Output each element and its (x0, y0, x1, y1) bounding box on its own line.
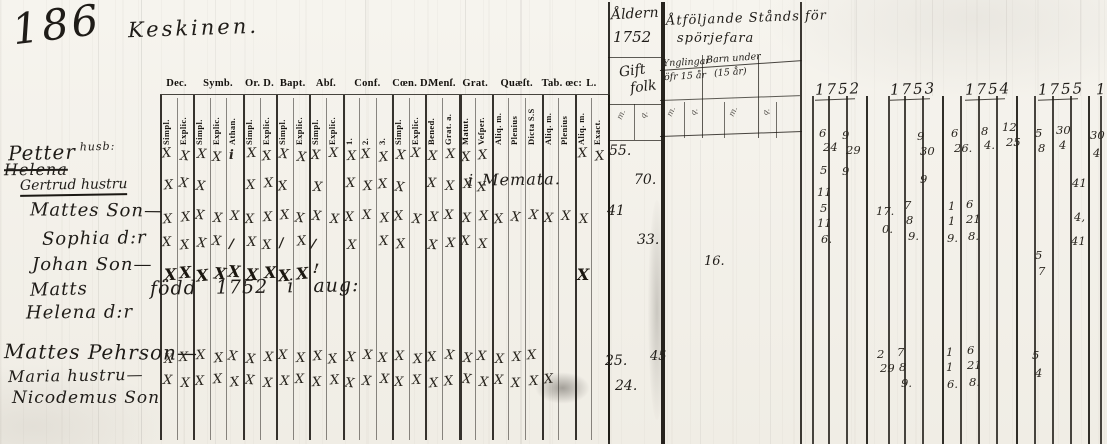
communion-mark: i (229, 148, 234, 163)
communion-mark: X (411, 146, 421, 161)
year-label: 1755 (1038, 79, 1085, 99)
column-subheader: Explic. (295, 97, 304, 145)
page-number: 186 (9, 0, 103, 54)
communion-mark: X (195, 208, 206, 224)
communion-mark: X (462, 177, 472, 192)
column-subheader: Simpl. (278, 97, 287, 145)
communion-mark: X (280, 208, 291, 224)
communion-mark: X (213, 351, 224, 367)
communion-mark: X (164, 352, 174, 367)
communion-mark: X (428, 149, 438, 164)
grid-line-vertical (684, 102, 685, 138)
communion-mark: X (178, 350, 188, 365)
grid-line-vertical (309, 95, 311, 440)
communion-mark: X (345, 350, 356, 366)
communion-date-figure: 6 (967, 343, 974, 357)
communion-date-figure: 8 (981, 124, 988, 138)
communion-mark: X (163, 178, 174, 194)
communion-date-figure: 5 (1035, 248, 1042, 262)
age-value: 70. (634, 172, 656, 188)
column-subheader: Aliq. m. (544, 97, 553, 145)
communion-mark: X (478, 148, 489, 164)
communion-mark: X (228, 349, 239, 365)
communion-mark: X (363, 348, 373, 363)
communion-mark: X (493, 212, 504, 228)
communion-date-figure: 29 (880, 361, 895, 375)
communion-date-figure: 4 (1093, 146, 1100, 160)
column-subheader: Plenius (510, 97, 519, 145)
tally-scribble: m. (727, 105, 739, 118)
communion-mark: X (363, 179, 373, 194)
grid-line-horizontal (608, 104, 661, 105)
communion-mark: X (296, 150, 306, 166)
person-name-corrected: Gertrud hustru (20, 176, 128, 197)
communion-date-figure: 7 (897, 345, 904, 359)
communion-mark: X (180, 210, 191, 226)
column-group-label: Tab. œc: (542, 78, 575, 89)
grid-line-vertical (770, 0, 771, 444)
communion-date-figure: 1 (948, 199, 955, 213)
grid-line-vertical (475, 98, 476, 440)
grid-line-vertical (661, 2, 665, 444)
grid-line-vertical (243, 95, 245, 440)
grid-line-horizontal (608, 57, 661, 58)
communion-mark: X (595, 149, 606, 165)
column-subheader: Aliq. m. (577, 97, 586, 145)
communion-date-figure: 9 (842, 164, 849, 178)
column-group-label: Quæſt. (492, 78, 542, 89)
communion-mark: X (313, 349, 323, 365)
grid-line-vertical (442, 98, 443, 440)
communion-mark: X (245, 212, 255, 227)
communion-mark: X (479, 375, 489, 390)
communion-mark: X (543, 211, 553, 226)
communion-mark: X (262, 210, 272, 225)
grid-line-horizontal (660, 131, 802, 137)
column-subheader: Simpl. (195, 97, 204, 145)
survey-heading-line1: Åtföljande Stånds för (666, 8, 827, 29)
column-subheader: Veſper. (477, 97, 486, 145)
communion-mark: X (327, 352, 338, 368)
communion-mark: X (179, 149, 190, 165)
communion-date-figure: 7 (1038, 264, 1045, 278)
communion-mark: X (280, 374, 290, 389)
communion-mark: X (511, 376, 521, 391)
gift-folk-label-line2: folk (629, 77, 657, 96)
communion-date-figure: 8. (969, 375, 980, 389)
communion-mark: X (377, 177, 388, 193)
communion-date-figure: 4. (984, 138, 995, 152)
communion-mark: X (161, 146, 172, 162)
person-name: Mattes Son— (30, 199, 163, 221)
communion-mark: X (344, 376, 355, 392)
communion-mark: X (329, 373, 340, 389)
column-group-label: Cœn. D. (392, 78, 425, 89)
column-group-label: Symb. (193, 78, 243, 89)
grid-line-vertical (409, 98, 410, 440)
grid-line-vertical (866, 96, 868, 444)
communion-mark: X (330, 212, 340, 227)
column-subheader: Dicta S.S (527, 97, 536, 145)
communion-mark: X (179, 238, 190, 254)
year-underline (1038, 98, 1078, 101)
grid-line-vertical (525, 98, 526, 440)
grid-line-horizontal (660, 95, 800, 101)
column-group-label: L. (575, 78, 608, 89)
grid-line-vertical (1088, 96, 1090, 444)
communion-date-figure: 1 (946, 345, 953, 359)
communion-mark: X (278, 147, 289, 163)
communion-mark: X (379, 211, 389, 227)
communion-mark: X (195, 374, 205, 389)
column-subheader: 1. (345, 97, 354, 145)
communion-mark: X (394, 209, 405, 225)
age-value: 33. (637, 232, 659, 248)
communion-mark: X (395, 349, 405, 364)
grid-line-vertical (425, 95, 427, 440)
communion-mark: X (346, 149, 356, 164)
communion-mark: X (446, 236, 456, 251)
grid-line-vertical (904, 96, 906, 444)
communion-date-figure: 9. (901, 376, 912, 390)
communion-date-figure: 8. (968, 229, 979, 243)
communion-mark: X (428, 238, 438, 254)
grid-line-vertical (326, 98, 327, 440)
communion-date-figure: 5 (820, 163, 827, 177)
gift-folk-label-line1: Gift (618, 61, 646, 80)
column-subheader: Athan. (228, 97, 237, 145)
column-group-label: Or. D. (243, 78, 276, 89)
communion-mark: X (427, 176, 437, 191)
communion-date-figure: 11 (817, 185, 832, 199)
communion-mark: X (312, 375, 322, 390)
communion-mark: X (412, 373, 422, 388)
communion-mark: X (196, 179, 206, 195)
communion-date-figure: 30 (920, 144, 935, 158)
communion-date-figure: 30 (1056, 123, 1071, 137)
communion-mark: X (579, 212, 589, 227)
communion-mark: X (478, 237, 488, 252)
grid-line-horizontal (608, 140, 661, 141)
communion-date-figure: 17. (876, 204, 894, 218)
communion-mark: X (529, 208, 539, 224)
column-subheader: Explic. (262, 97, 271, 145)
communion-mark: X (261, 149, 272, 165)
year-underline (815, 98, 855, 101)
communion-date-figure: 0. (882, 222, 893, 236)
communion-mark: X (162, 212, 172, 228)
grid-line-vertical (459, 95, 463, 440)
communion-date-figure: 1 (946, 360, 953, 374)
communion-mark: X (277, 179, 288, 195)
column-group-label: Grat. (459, 78, 492, 89)
communion-mark: X (197, 147, 207, 162)
communion-date-figure: 12 (1002, 120, 1017, 134)
communion-mark: X (246, 178, 256, 193)
communion-mark: X (230, 209, 240, 224)
communion-mark: X (460, 150, 470, 165)
communion-date-figure: 6. (947, 377, 958, 391)
communion-date-figure: 1 (948, 214, 955, 228)
grid-line-vertical (542, 95, 544, 440)
communion-date-figure: 9 (842, 128, 849, 142)
column-subheader: Plenius (560, 97, 569, 145)
communion-mark: X (462, 211, 472, 226)
communion-mark: X (444, 208, 454, 223)
communion-mark: X (163, 373, 173, 388)
communion-date-figure: 9. (908, 229, 919, 243)
marginal-note: 16. (704, 254, 725, 269)
communion-mark: X (245, 352, 255, 368)
communion-mark: X (262, 376, 272, 391)
grid-line-vertical (492, 95, 494, 440)
grid-line-vertical (978, 96, 980, 444)
column-subheader: Aliq. m. (494, 97, 503, 145)
tally-scribble: q. (638, 109, 649, 120)
grid-line-vertical (210, 98, 211, 440)
year-label: 17 (1096, 80, 1107, 99)
year-underline (890, 98, 930, 101)
communion-mark: X (378, 234, 388, 249)
grid-line-vertical (177, 98, 178, 440)
communion-mark: X (577, 146, 587, 162)
communion-date-figure: 8 (906, 213, 913, 227)
age-column-heading-line1: Åldern (611, 5, 659, 23)
communion-mark: X (296, 234, 307, 250)
communion-mark: X (294, 211, 305, 227)
grid-line-vertical (800, 2, 802, 444)
communion-date-figure: 4 (1035, 366, 1042, 380)
communion-mark: X (244, 373, 255, 389)
grid-line-vertical (700, 140, 701, 444)
communion-mark: X (494, 373, 504, 388)
communion-mark: X (212, 211, 222, 226)
communion-mark: X (379, 372, 389, 387)
communion-date-figure: 9. (947, 231, 958, 245)
year-label: 1754 (965, 79, 1012, 99)
communion-mark: X (247, 235, 256, 250)
communion-mark: X (278, 348, 287, 363)
column-subheader: Grat. a. (444, 97, 453, 145)
communion-mark: X (512, 350, 522, 365)
person-name: Johan Son— (32, 254, 152, 275)
survey-cell-youth-line2: öfr 15 år (664, 70, 707, 83)
communion-mark: X (411, 212, 422, 228)
person-name-suffix: husb: (80, 140, 116, 154)
column-subheader: Simpl. (394, 97, 403, 145)
grid-line-vertical (996, 96, 998, 444)
person-name: Matts (30, 278, 88, 301)
communion-mark: X (212, 372, 222, 388)
communion-mark: X (261, 238, 271, 253)
communion-date-figure: 8 (899, 360, 906, 374)
communion-mark: X (477, 349, 487, 364)
grid-line-vertical (365, 0, 366, 95)
communion-date-figure: 21 (966, 212, 981, 226)
communion-mark: X (162, 235, 172, 250)
survey-heading-line2: spörjefara (677, 31, 754, 46)
communion-date-figure: 8 (1038, 141, 1045, 155)
communion-mark: X (479, 209, 489, 224)
column-group-label: Menſ. (425, 78, 458, 89)
communion-mark: / (279, 236, 285, 251)
communion-mark: / (311, 237, 317, 252)
communion-mark: X (345, 176, 355, 191)
communion-date-figure: 7 (904, 198, 911, 212)
communion-date-figure: 9 (920, 172, 927, 186)
grid-line-vertical (888, 96, 890, 444)
communion-mark: X (295, 351, 305, 366)
communion-mark: X (427, 350, 438, 366)
communion-mark: X (413, 352, 423, 367)
column-group-label: Conf. (343, 78, 393, 89)
communion-mark: X (394, 375, 403, 390)
communion-date-figure: 6. (821, 232, 832, 246)
communion-mark: X (181, 376, 190, 391)
age-value: 25. (605, 353, 627, 369)
communion-mark: X (196, 348, 206, 363)
grid-line-vertical (520, 0, 522, 444)
column-group-label: Dec. (160, 78, 193, 89)
column-subheader: 3. (378, 97, 387, 145)
grid-line-vertical (558, 98, 559, 440)
column-subheader: Bened. (427, 97, 436, 145)
communion-mark: X (529, 374, 539, 389)
communion-mark: X (329, 146, 338, 161)
communion-date-figure: 6 (951, 126, 958, 140)
grid-line-vertical (1070, 96, 1072, 444)
communion-date-figure: 4 (1059, 138, 1066, 152)
communion-date-figure: 41 (1072, 176, 1087, 190)
communion-mark: / (229, 237, 234, 252)
communion-mark: X (443, 374, 454, 390)
person-name: Helena d:r (26, 302, 133, 324)
column-subheader: Simpl. (162, 97, 171, 145)
grid-line-vertical (608, 2, 610, 444)
column-subheader: 2. (361, 97, 370, 145)
communion-mark: X (396, 148, 407, 164)
communion-mark: X (395, 180, 406, 196)
column-subheader: Explic. (328, 97, 337, 145)
communion-date-figure: 24 (823, 140, 838, 154)
year-label: 1752 (815, 79, 862, 99)
marginal-figure: 45 (650, 349, 667, 364)
grid-line-horizontal (160, 94, 608, 95)
communion-mark: X (295, 372, 305, 387)
column-subheader: Explic. (212, 97, 221, 145)
communion-date-figure: 41 (1071, 234, 1086, 248)
grid-line-vertical (465, 0, 466, 95)
communion-mark: X (178, 176, 189, 192)
communion-mark: X (361, 147, 371, 163)
communion-mark: X (196, 236, 207, 252)
communion-mark: X (429, 376, 439, 392)
communion-mark: X (263, 176, 273, 192)
communion-mark: X (378, 150, 389, 166)
person-name: Nicodemus Son (12, 388, 160, 408)
communion-date-figure: 29 (846, 143, 861, 157)
communion-mark: X (378, 351, 388, 366)
grid-line-vertical (1052, 96, 1054, 444)
communion-mark: X (346, 238, 356, 253)
year-underline (965, 98, 1005, 101)
grid-line-vertical (724, 102, 725, 138)
grid-line-vertical (376, 98, 377, 440)
communion-mark: X (362, 374, 372, 390)
communion-date-figure: 26. (954, 141, 972, 155)
communion-mark: X (477, 180, 487, 196)
communion-mark: X (461, 372, 472, 388)
grid-line-vertical (1034, 96, 1036, 444)
communion-mark: X (429, 210, 439, 225)
column-subheader: Explic. (179, 97, 188, 145)
communion-mark: X (212, 150, 222, 165)
age-value: 55. (609, 143, 631, 159)
grid-line-vertical (942, 96, 944, 444)
tally-scribble: m. (615, 108, 627, 121)
year-label: 1753 (890, 79, 937, 99)
grid-line-vertical (634, 104, 635, 140)
communion-mark: X (461, 234, 470, 249)
survey-cell-children-line2: (15 år) (714, 66, 747, 79)
column-subheader: Explic. (411, 97, 420, 145)
communion-mark: X (311, 148, 321, 163)
communion-date-figure: 6 (966, 197, 973, 211)
communion-date-figure: 5 (1035, 126, 1042, 140)
communion-date-figure: 5 (820, 201, 827, 215)
grid-line-vertical (293, 98, 294, 440)
communion-mark: X (527, 348, 537, 364)
tally-scribble: q. (688, 106, 699, 117)
communion-mark: X (211, 234, 221, 250)
communion-mark: X (230, 375, 241, 391)
tally-scribble: m. (665, 105, 677, 118)
communion-mark: X (263, 350, 273, 365)
communion-mark: X (462, 351, 472, 367)
age-column-heading-line2: 1752 (613, 28, 651, 46)
communion-mark: X (446, 147, 456, 162)
communion-mark: X (543, 372, 554, 388)
column-subheader: Simpl. (245, 97, 254, 145)
communion-date-figure: 25 (1006, 135, 1021, 149)
communion-date-figure: 9 (917, 129, 924, 143)
communion-mark: X (247, 146, 257, 161)
age-value: 41 (607, 203, 625, 219)
communion-mark: X (577, 265, 589, 284)
column-group-label: Bapt. (276, 78, 309, 89)
communion-mark: X (495, 352, 504, 367)
marginal-note: född 1752 i aug: (150, 274, 360, 300)
communion-date-figure: 6 (819, 126, 826, 140)
person-name: Maria hustru— (8, 365, 144, 386)
communion-date-figure: 21 (967, 358, 982, 372)
column-subheader: Simpl. (311, 97, 320, 145)
communion-date-figure: 11 (817, 216, 832, 230)
scanned-parish-register-page: 186 Keskinen. Åldern 1752 Gift folk Åtfö… (0, 0, 1107, 444)
age-value: 24. (615, 378, 637, 394)
communion-date-figure: 5 (1032, 348, 1039, 362)
communion-mark: X (445, 179, 454, 194)
communion-mark: X (313, 180, 323, 195)
grid-line-vertical (591, 98, 592, 440)
page-title: Keskinen. (128, 14, 260, 43)
grid-line-vertical (812, 96, 814, 444)
communion-mark: X (345, 210, 354, 225)
communion-date-figure: 4, (1074, 210, 1085, 224)
communion-mark: X (312, 209, 322, 225)
column-subheader: Exact. (593, 97, 602, 145)
column-group-label: Abſ. (309, 78, 342, 89)
